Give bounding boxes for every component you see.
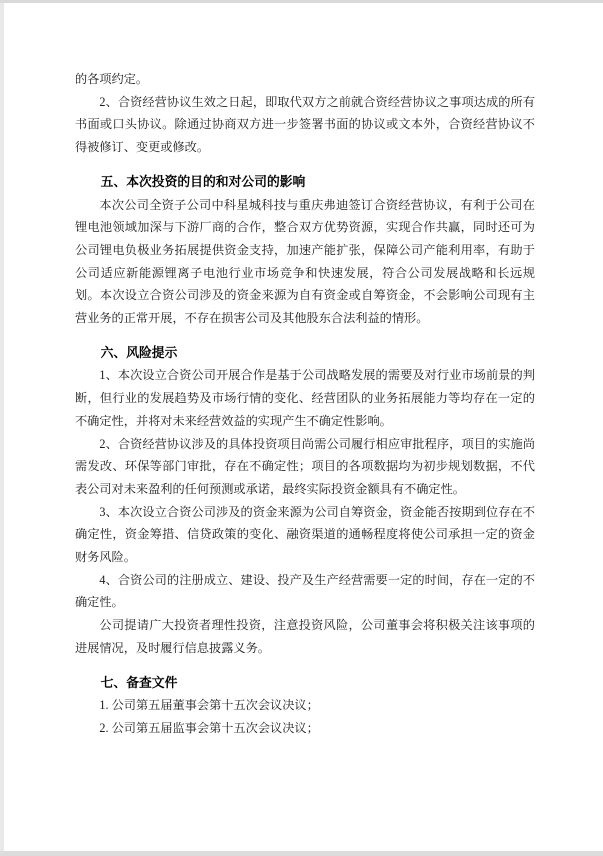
paragraph-investor-notice: 公司提请广大投资者理性投资，注意投资风险，公司董事会将积极关注该事项的进展情况，… (75, 614, 535, 659)
document-content: 的各项约定。 2、合资经营协议生效之日起，即取代双方之前就合资经营协议之事项达成… (75, 68, 535, 740)
section-heading-investment-purpose: 五、本次投资的目的和对公司的影响 (75, 171, 535, 194)
paragraph-continuation: 的各项约定。 (75, 68, 535, 91)
page-edge-bottom (0, 851, 603, 856)
reference-document-item-2: 2. 公司第五届监事会第十五次会议决议； (75, 717, 535, 740)
paragraph-risk-4: 4、合资公司的注册成立、建设、投产及生产经营需要一定的时间，存在一定的不确定性。 (75, 569, 535, 614)
paragraph-risk-3: 3、本次设立合资公司涉及的资金来源为公司自筹资金，资金能否按期到位存在不确定性，… (75, 501, 535, 569)
page-edge-left (0, 3, 4, 851)
section-heading-reference-documents: 七、备查文件 (75, 672, 535, 695)
paragraph-risk-1: 1、本次设立合资公司开展合作是基于公司战略发展的需要及对行业市场前景的判断，但行… (75, 364, 535, 432)
paragraph-investment-purpose: 本次公司全资子公司中科星城科技与重庆弗迪签订合资经营协议，有利于公司在锂电池领域… (75, 194, 535, 330)
paragraph-risk-2: 2、合资经营协议涉及的具体投资项目尚需公司履行相应审批程序，项目的实施尚需发改、… (75, 433, 535, 501)
page-edge-top (0, 0, 603, 3)
document-page: 的各项约定。 2、合资经营协议生效之日起，即取代双方之前就合资经营协议之事项达成… (0, 0, 603, 856)
paragraph-agreement-effect: 2、合资经营协议生效之日起，即取代双方之前就合资经营协议之事项达成的所有书面或口… (75, 91, 535, 159)
reference-document-item-1: 1. 公司第五届董事会第十五次会议决议； (75, 694, 535, 717)
section-heading-risk-warning: 六、风险提示 (75, 342, 535, 365)
